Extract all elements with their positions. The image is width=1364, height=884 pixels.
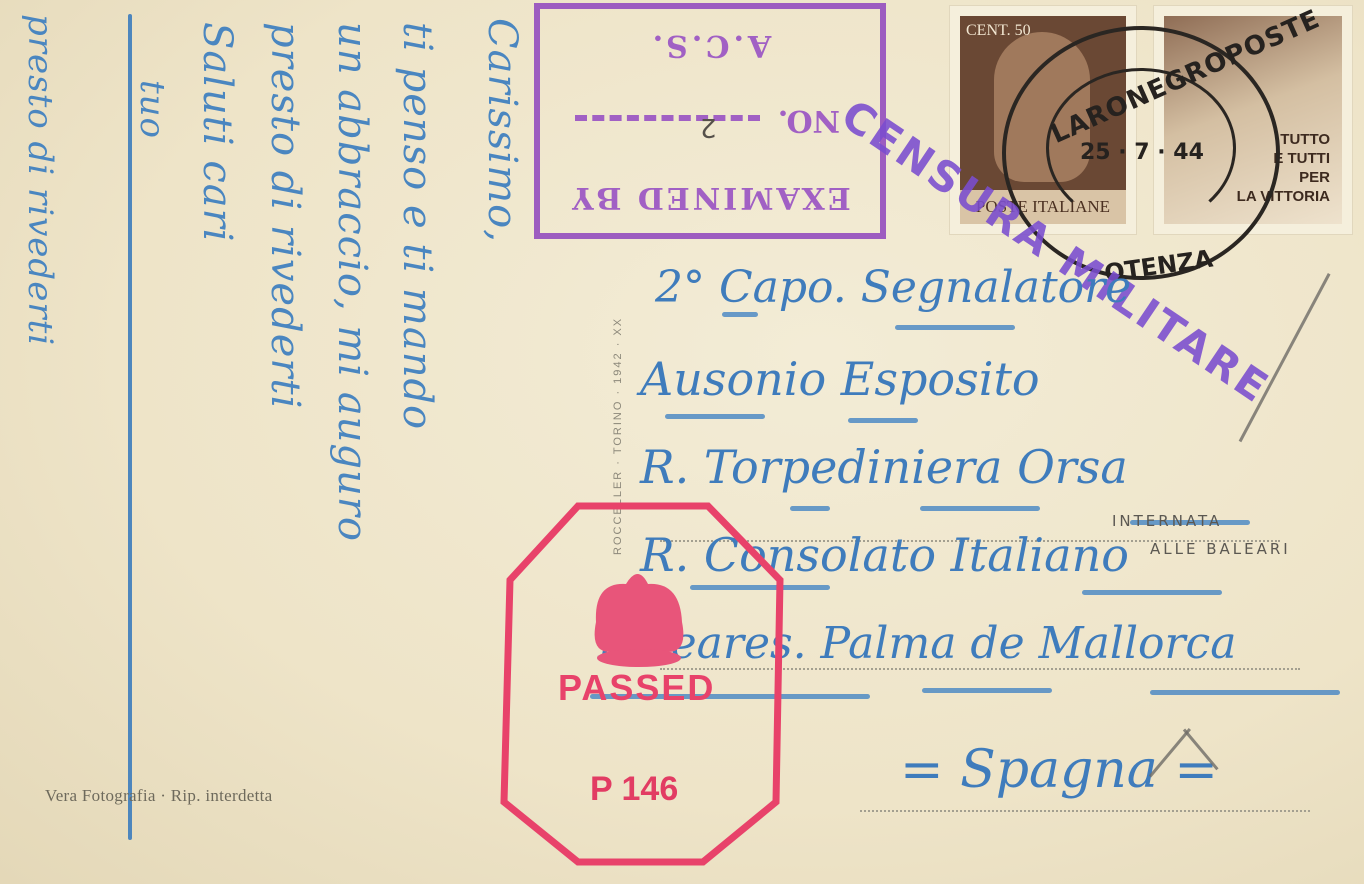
address-guide [860, 810, 1310, 812]
number-label: NO. [778, 103, 840, 138]
divider-line [128, 14, 132, 840]
censor-number: P 146 [590, 770, 678, 809]
acs-label: A.C.S. [540, 28, 880, 63]
examined-label: EXAMINED BY [540, 180, 880, 215]
imprint-text: Vera Fotografia · Rip. interdetta [45, 786, 273, 806]
address-ship: R. Torpediniera Orsa [640, 440, 1128, 494]
message-line: Saluti cari [194, 22, 240, 243]
number-blank [575, 115, 760, 121]
postmark-date: 25 · 7 · 44 [1080, 140, 1204, 165]
message-line: tuo [132, 80, 172, 139]
address-rank: 2° Capo. Segnalatore [655, 262, 1131, 313]
message-line: presto di rivederti [262, 22, 308, 409]
message-area: Carissimo, ti penso e ti mando un abbrac… [0, 0, 540, 884]
passed-label: PASSED [558, 667, 715, 709]
message-line: presto di rivederti [20, 14, 60, 346]
message-line: un abbraccio, mi auguro [329, 22, 375, 542]
postcard: Carissimo, ti penso e ti mando un abbrac… [0, 0, 1364, 884]
address-name: Ausonio Esposito [640, 352, 1040, 406]
pencil-note-line2: ALLE BALEARI [1150, 540, 1291, 558]
pencil-note-line1: INTERNATA [1112, 512, 1222, 530]
censor-number-handwritten: 2 [700, 112, 717, 142]
passed-censor-stamp: PASSED P 146 [498, 502, 788, 866]
crown-icon [595, 574, 684, 667]
message-line: Carissimo, [479, 18, 525, 243]
stamp-denomination: CENT. 50 [966, 22, 1031, 40]
message-line: ti penso e ti mando [394, 22, 440, 430]
